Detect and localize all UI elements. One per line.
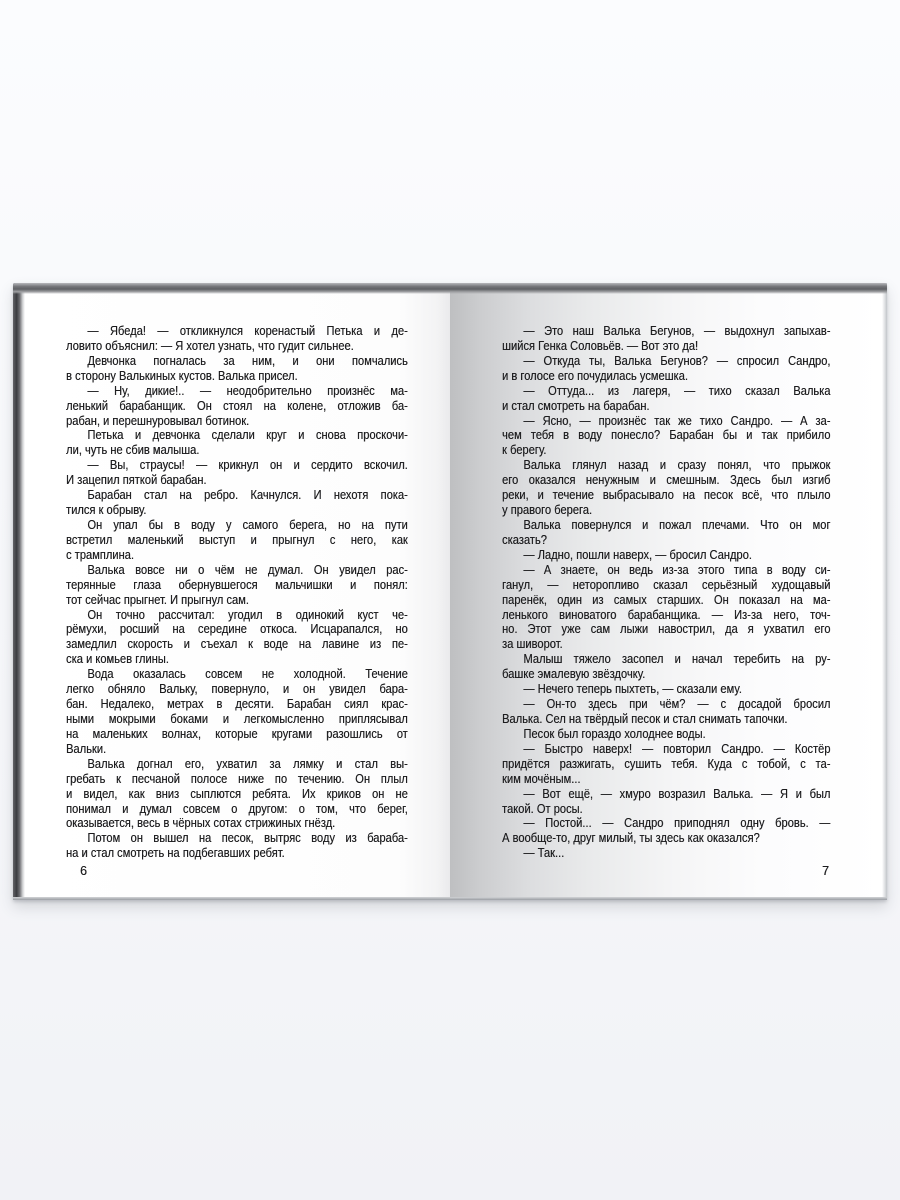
text-line: — Ладно, пошли наверх, — бросил Сандро.	[502, 548, 830, 563]
text-line: рабан, и перешнуровывал ботинок.	[66, 414, 408, 429]
book-spread: — Ябеда! — откликнулся коренастый Петька…	[13, 283, 887, 900]
text-line: ганул, — неторопливо сказал серьёзный ху…	[502, 578, 830, 593]
page-number-left: 6	[80, 864, 87, 878]
text-line: понимал и думал совсем о другом: о том, …	[66, 802, 408, 817]
text-line: — Постой... — Сандро приподнял одну бров…	[502, 816, 830, 831]
text-line: в сторону Валькиных кустов. Валька присе…	[66, 369, 408, 384]
text-line: — Откуда ты, Валька Бегунов? — спросил С…	[502, 354, 830, 369]
text-line: И зацепил пяткой барабан.	[66, 473, 408, 488]
text-line: ленький барабанщик. Он стоял на колене, …	[66, 399, 408, 414]
text-line: — Так...	[502, 846, 830, 861]
text-line: ными мокрыми боками и легкомысленно прип…	[66, 712, 408, 727]
page-left: — Ябеда! — откликнулся коренастый Петька…	[24, 292, 450, 897]
text-line: — Ясно, — произнёс так же тихо Сандро. —…	[502, 414, 830, 429]
text-line: за шиворот.	[502, 637, 830, 652]
text-line: Девчонка погналась за ним, и они помчали…	[66, 354, 408, 369]
text-line: ленького виноватого барабанщика. — Из-за…	[502, 608, 830, 623]
text-line: гребать к песчаной полосе ниже по течени…	[66, 772, 408, 787]
text-line: паренёк, один из самых старших. Он показ…	[502, 593, 830, 608]
text-line: встретил маленький выступ и прыгнул с не…	[66, 533, 408, 548]
text-line: тот сейчас прыгнет. И прыгнул сам.	[66, 593, 408, 608]
text-line: к берегу.	[502, 443, 830, 458]
text-line: — Это наш Валька Бегунов, — выдохнул зап…	[502, 324, 830, 339]
text-line: тился к обрыву.	[66, 503, 408, 518]
text-line: и в голосе его почудилась усмешка.	[502, 369, 830, 384]
text-line: Вода оказалась совсем не холодной. Течен…	[66, 667, 408, 682]
text-line: Валька вовсе ни о чём не думал. Он увиде…	[66, 563, 408, 578]
text-line: Песок был гораздо холоднее воды.	[502, 727, 830, 742]
book-top-edge	[13, 283, 887, 294]
text-line: такой. От росы.	[502, 802, 830, 817]
text-line: Валька глянул назад и сразу понял, что п…	[502, 458, 830, 473]
text-line: Потом он вышел на песок, вытряс воду из …	[66, 831, 408, 846]
photo-background: — Ябеда! — откликнулся коренастый Петька…	[0, 0, 900, 1200]
text-line: его оказался ненужным и смешным. Здесь б…	[502, 473, 830, 488]
text-line: Валька. Сел на твёрдый песок и стал сним…	[502, 712, 830, 727]
text-line: легко обняло Вальку, повернуло, и он уви…	[66, 682, 408, 697]
text-line: Барабан стал на ребро. Качнулся. И нехот…	[66, 488, 408, 503]
book-right-edge	[882, 283, 887, 900]
text-line: — Нечего теперь пыхтеть, — сказали ему.	[502, 682, 830, 697]
text-line: — Вы, страусы! — крикнул он и сердито вс…	[66, 458, 408, 473]
text-line: терянные глаза обернувшегося мальчишки и…	[66, 578, 408, 593]
text-line: и видел, как вниз сыплются ребята. Их кр…	[66, 787, 408, 802]
text-line: ли, чуть не сбив малыша.	[66, 443, 408, 458]
text-line: Валька догнал его, ухватил за лямку и ст…	[66, 757, 408, 772]
text-line: бан. Недалеко, метрах в десяти. Барабан …	[66, 697, 408, 712]
text-line: ловито объяснил: — Я хотел узнать, что г…	[66, 339, 408, 354]
text-line: замедлил скорость и съехал к воде на лав…	[66, 637, 408, 652]
text-line: — Вот ещё, — хмуро возразил Валька. — Я …	[502, 787, 830, 802]
text-line: чем тебя в воду понесло? Барабан бы и та…	[502, 428, 830, 443]
text-line: А вообще-то, друг милый, ты здесь как ок…	[502, 831, 830, 846]
text-line: башке эмалевую звёздочку.	[502, 667, 830, 682]
text-line: Петька и девчонка сделали круг и снова п…	[66, 428, 408, 443]
text-line: и стал смотреть на барабан.	[502, 399, 830, 414]
text-line: рёмухи, росший на середине откоса. Исцар…	[66, 622, 408, 637]
text-line: Валька повернулся и пожал плечами. Что о…	[502, 518, 830, 533]
text-line: придётся разжигать, сушить тебя. Куда с …	[502, 757, 830, 772]
book-left-edge	[13, 283, 25, 900]
text-line: реки, и течение выбрасывало на песок всё…	[502, 488, 830, 503]
text-line: Он точно рассчитал: угодил в одинокий ку…	[66, 608, 408, 623]
text-line: — Ну, дикие!.. — неодобрительно произнёс…	[66, 384, 408, 399]
text-line: сказать?	[502, 533, 830, 548]
text-line: Он упал бы в воду у самого берега, но на…	[66, 518, 408, 533]
text-line: но. Этот уже сам лыжи навострил, да я ух…	[502, 622, 830, 637]
text-line: с трамплина.	[66, 548, 408, 563]
text-line: — Он-то здесь при чём? — с досадой броси…	[502, 697, 830, 712]
text-line: ска и комьев глины.	[66, 652, 408, 667]
text-line: — Быстро наверх! — повторил Сандро. — Ко…	[502, 742, 830, 757]
text-line: — Оттуда... из лагеря, — тихо сказал Вал…	[502, 384, 830, 399]
page-right: — Это наш Валька Бегунов, — выдохнул зап…	[450, 292, 883, 897]
text-line: — Ябеда! — откликнулся коренастый Петька…	[66, 324, 408, 339]
page-right-text: — Это наш Валька Бегунов, — выдохнул зап…	[502, 324, 830, 861]
text-line: шийся Генка Соловьёв. — Вот это да!	[502, 339, 830, 354]
text-line: на маленьких волнах, которые кругами раз…	[66, 727, 408, 742]
text-line: ким мочёным...	[502, 772, 830, 787]
text-line: на и стал смотреть на подбегавших ребят.	[66, 846, 408, 861]
text-line: — А знаете, он ведь из-за этого типа в в…	[502, 563, 830, 578]
page-number-right: 7	[822, 864, 829, 878]
text-line: Малыш тяжело засопел и начал теребить на…	[502, 652, 830, 667]
page-left-text: — Ябеда! — откликнулся коренастый Петька…	[66, 324, 408, 861]
text-line: Вальки.	[66, 742, 408, 757]
book-bottom-edge	[13, 897, 887, 900]
text-line: оказывается, весь в чёрных сотах стрижин…	[66, 816, 408, 831]
text-line: у правого берега.	[502, 503, 830, 518]
